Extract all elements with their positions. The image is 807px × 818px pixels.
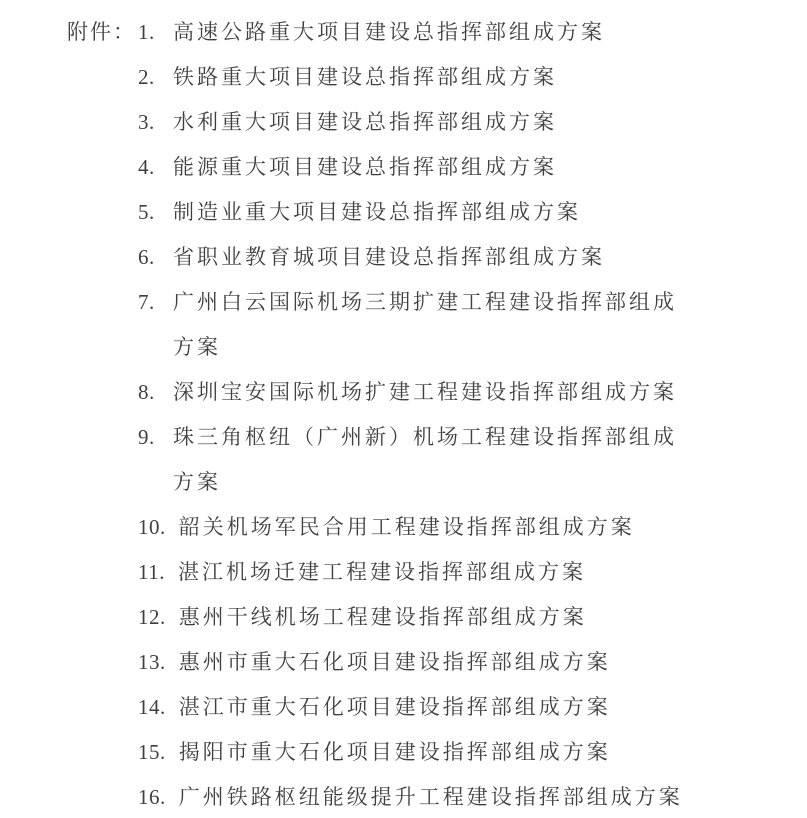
item-number: 11. — [138, 550, 165, 595]
list-item: 10. 韶关机场军民合用工程建设指挥部组成方案 — [138, 505, 694, 550]
list-item: 1. 高速公路重大项目建设总指挥部组成方案 — [138, 10, 694, 55]
item-number: 6. — [138, 235, 160, 280]
item-text: 珠三角枢纽（广州新）机场工程建设指挥部组成方案 — [173, 415, 688, 505]
item-text: 湛江市重大石化项目建设指挥部组成方案 — [179, 685, 694, 730]
item-text: 惠州市重大石化项目建设指挥部组成方案 — [179, 640, 694, 685]
item-number: 16. — [138, 775, 166, 818]
list-item: 2. 铁路重大项目建设总指挥部组成方案 — [138, 55, 694, 100]
item-number: 5. — [138, 190, 160, 235]
list-item: 14. 湛江市重大石化项目建设指挥部组成方案 — [138, 685, 694, 730]
item-text: 省职业教育城项目建设总指挥部组成方案 — [173, 235, 688, 280]
item-number: 3. — [138, 100, 160, 145]
list-item: 5. 制造业重大项目建设总指挥部组成方案 — [138, 190, 694, 235]
item-text: 能源重大项目建设总指挥部组成方案 — [173, 145, 688, 190]
list-item: 6. 省职业教育城项目建设总指挥部组成方案 — [138, 235, 694, 280]
item-text: 广州白云国际机场三期扩建工程建设指挥部组成方案 — [173, 280, 688, 370]
item-text: 揭阳市重大石化项目建设指挥部组成方案 — [179, 730, 694, 775]
item-number: 4. — [138, 145, 160, 190]
list-item: 4. 能源重大项目建设总指挥部组成方案 — [138, 145, 694, 190]
item-number: 7. — [138, 280, 160, 325]
list-item: 16. 广州铁路枢纽能级提升工程建设指挥部组成方案 — [138, 775, 694, 818]
item-text: 惠州干线机场工程建设指挥部组成方案 — [179, 595, 694, 640]
item-text: 高速公路重大项目建设总指挥部组成方案 — [173, 10, 688, 55]
item-number: 12. — [138, 595, 166, 640]
list-item: 7. 广州白云国际机场三期扩建工程建设指挥部组成方案 — [138, 280, 694, 370]
attachment-list: 1. 高速公路重大项目建设总指挥部组成方案 2. 铁路重大项目建设总指挥部组成方… — [138, 10, 694, 818]
attachment-block: 附件： 1. 高速公路重大项目建设总指挥部组成方案 2. 铁路重大项目建设总指挥… — [67, 10, 807, 818]
item-number: 13. — [138, 640, 166, 685]
attachment-label: 附件： — [67, 10, 136, 55]
item-number: 8. — [138, 370, 160, 415]
item-text: 铁路重大项目建设总指挥部组成方案 — [173, 55, 688, 100]
document-page: 附件： 1. 高速公路重大项目建设总指挥部组成方案 2. 铁路重大项目建设总指挥… — [0, 0, 807, 818]
item-text: 水利重大项目建设总指挥部组成方案 — [173, 100, 688, 145]
item-text: 制造业重大项目建设总指挥部组成方案 — [173, 190, 688, 235]
list-item: 11. 湛江机场迁建工程建设指挥部组成方案 — [138, 550, 694, 595]
item-number: 1. — [138, 10, 160, 55]
item-text: 湛江机场迁建工程建设指挥部组成方案 — [178, 550, 693, 595]
item-text: 韶关机场军民合用工程建设指挥部组成方案 — [179, 505, 694, 550]
list-item: 13. 惠州市重大石化项目建设指挥部组成方案 — [138, 640, 694, 685]
list-item: 12. 惠州干线机场工程建设指挥部组成方案 — [138, 595, 694, 640]
item-number: 9. — [138, 415, 160, 460]
list-item: 15. 揭阳市重大石化项目建设指挥部组成方案 — [138, 730, 694, 775]
item-number: 14. — [138, 685, 166, 730]
list-item: 8. 深圳宝安国际机场扩建工程建设指挥部组成方案 — [138, 370, 694, 415]
item-number: 15. — [138, 730, 166, 775]
item-text: 广州铁路枢纽能级提升工程建设指挥部组成方案 — [179, 775, 694, 818]
list-item: 3. 水利重大项目建设总指挥部组成方案 — [138, 100, 694, 145]
item-text: 深圳宝安国际机场扩建工程建设指挥部组成方案 — [173, 370, 688, 415]
item-number: 10. — [138, 505, 166, 550]
item-number: 2. — [138, 55, 160, 100]
list-item: 9. 珠三角枢纽（广州新）机场工程建设指挥部组成方案 — [138, 415, 694, 505]
